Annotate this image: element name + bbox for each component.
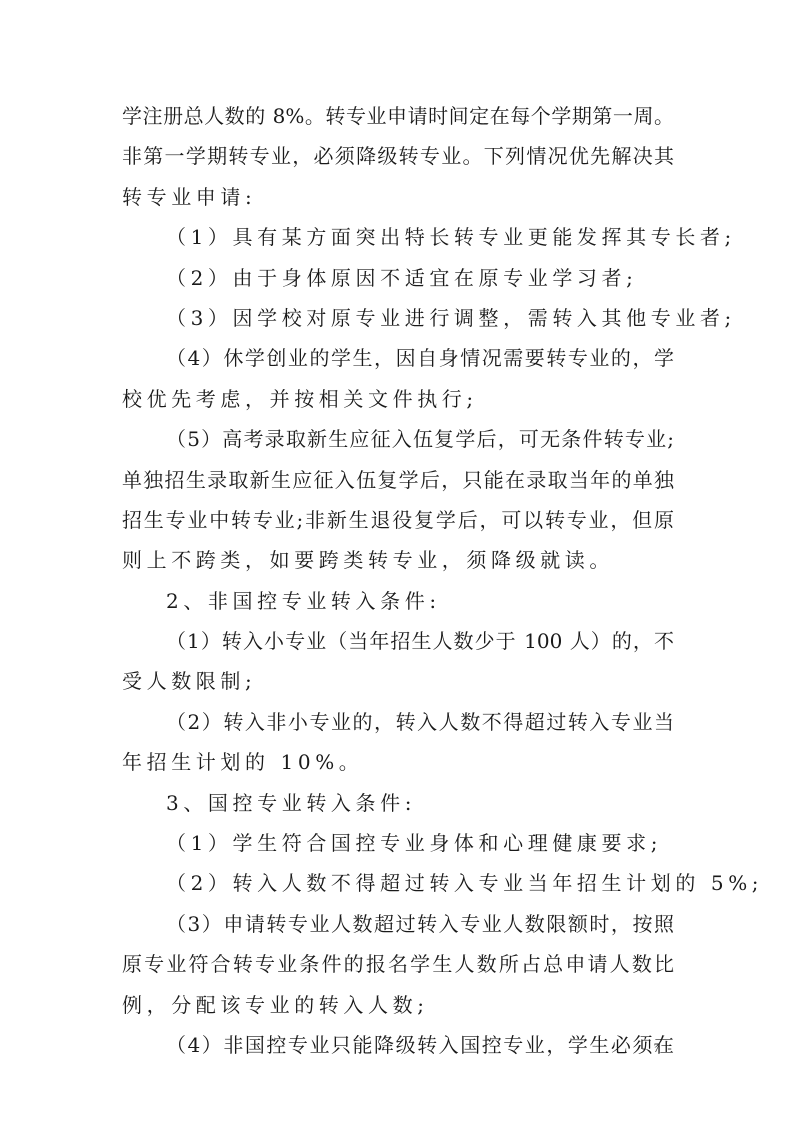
text-line: 受人数限制; [122, 661, 674, 701]
text-line: 单独招生录取新生应征入伍复学后，只能在录取当年的单独 [122, 460, 674, 500]
document-page: 学注册总人数的 8%。转专业申请时间定在每个学期第一周。 非第一学期转专业，必须… [0, 0, 793, 1122]
list-item: （3）申请转专业人数超过转入专业人数限额时，按照 [122, 904, 674, 944]
text-line: 例，分配该专业的转入人数; [122, 985, 674, 1025]
list-item: （2）由于身体原因不适宜在原专业学习者; [122, 258, 674, 298]
list-item: （1）转入小专业（当年招生人数少于 100 人）的，不 [122, 621, 674, 661]
text-line: 招生专业中转专业;非新生退役复学后，可以转专业，但原 [122, 500, 674, 540]
list-item: （3）因学校对原专业进行调整，需转入其他专业者; [122, 298, 674, 338]
list-item: （4）非国控专业只能降级转入国控专业，学生必须在 [122, 1025, 674, 1065]
page-number: - 7 - [642, 1040, 674, 1056]
section-heading: 3、国控专业转入条件: [122, 783, 674, 823]
text-line: 转专业申请: [122, 177, 674, 217]
document-body: 学注册总人数的 8%。转专业申请时间定在每个学期第一周。 非第一学期转专业，必须… [122, 96, 674, 1065]
text-line: 年招生计划的 10%。 [122, 742, 674, 782]
text-line: 非第一学期转专业，必须降级转专业。下列情况优先解决其 [122, 136, 674, 176]
text-line: 则上不跨类，如要跨类转专业，须降级就读。 [122, 540, 674, 580]
list-item: （2）转入非小专业的，转入人数不得超过转入专业当 [122, 702, 674, 742]
list-item: （4）休学创业的学生，因自身情况需要转专业的，学 [122, 338, 674, 378]
text-line: 校优先考虑，并按相关文件执行; [122, 379, 674, 419]
list-item: （5）高考录取新生应征入伍复学后，可无条件转专业; [122, 419, 674, 459]
list-item: （2）转入人数不得超过转入专业当年招生计划的 5%; [122, 863, 674, 903]
list-item: （1）学生符合国控专业身体和心理健康要求; [122, 823, 674, 863]
list-item: （1）具有某方面突出特长转专业更能发挥其专长者; [122, 217, 674, 257]
text-line: 原专业符合转专业条件的报名学生人数所占总申请人数比 [122, 944, 674, 984]
text-line: 学注册总人数的 8%。转专业申请时间定在每个学期第一周。 [122, 96, 674, 136]
section-heading: 2、非国控专业转入条件: [122, 581, 674, 621]
